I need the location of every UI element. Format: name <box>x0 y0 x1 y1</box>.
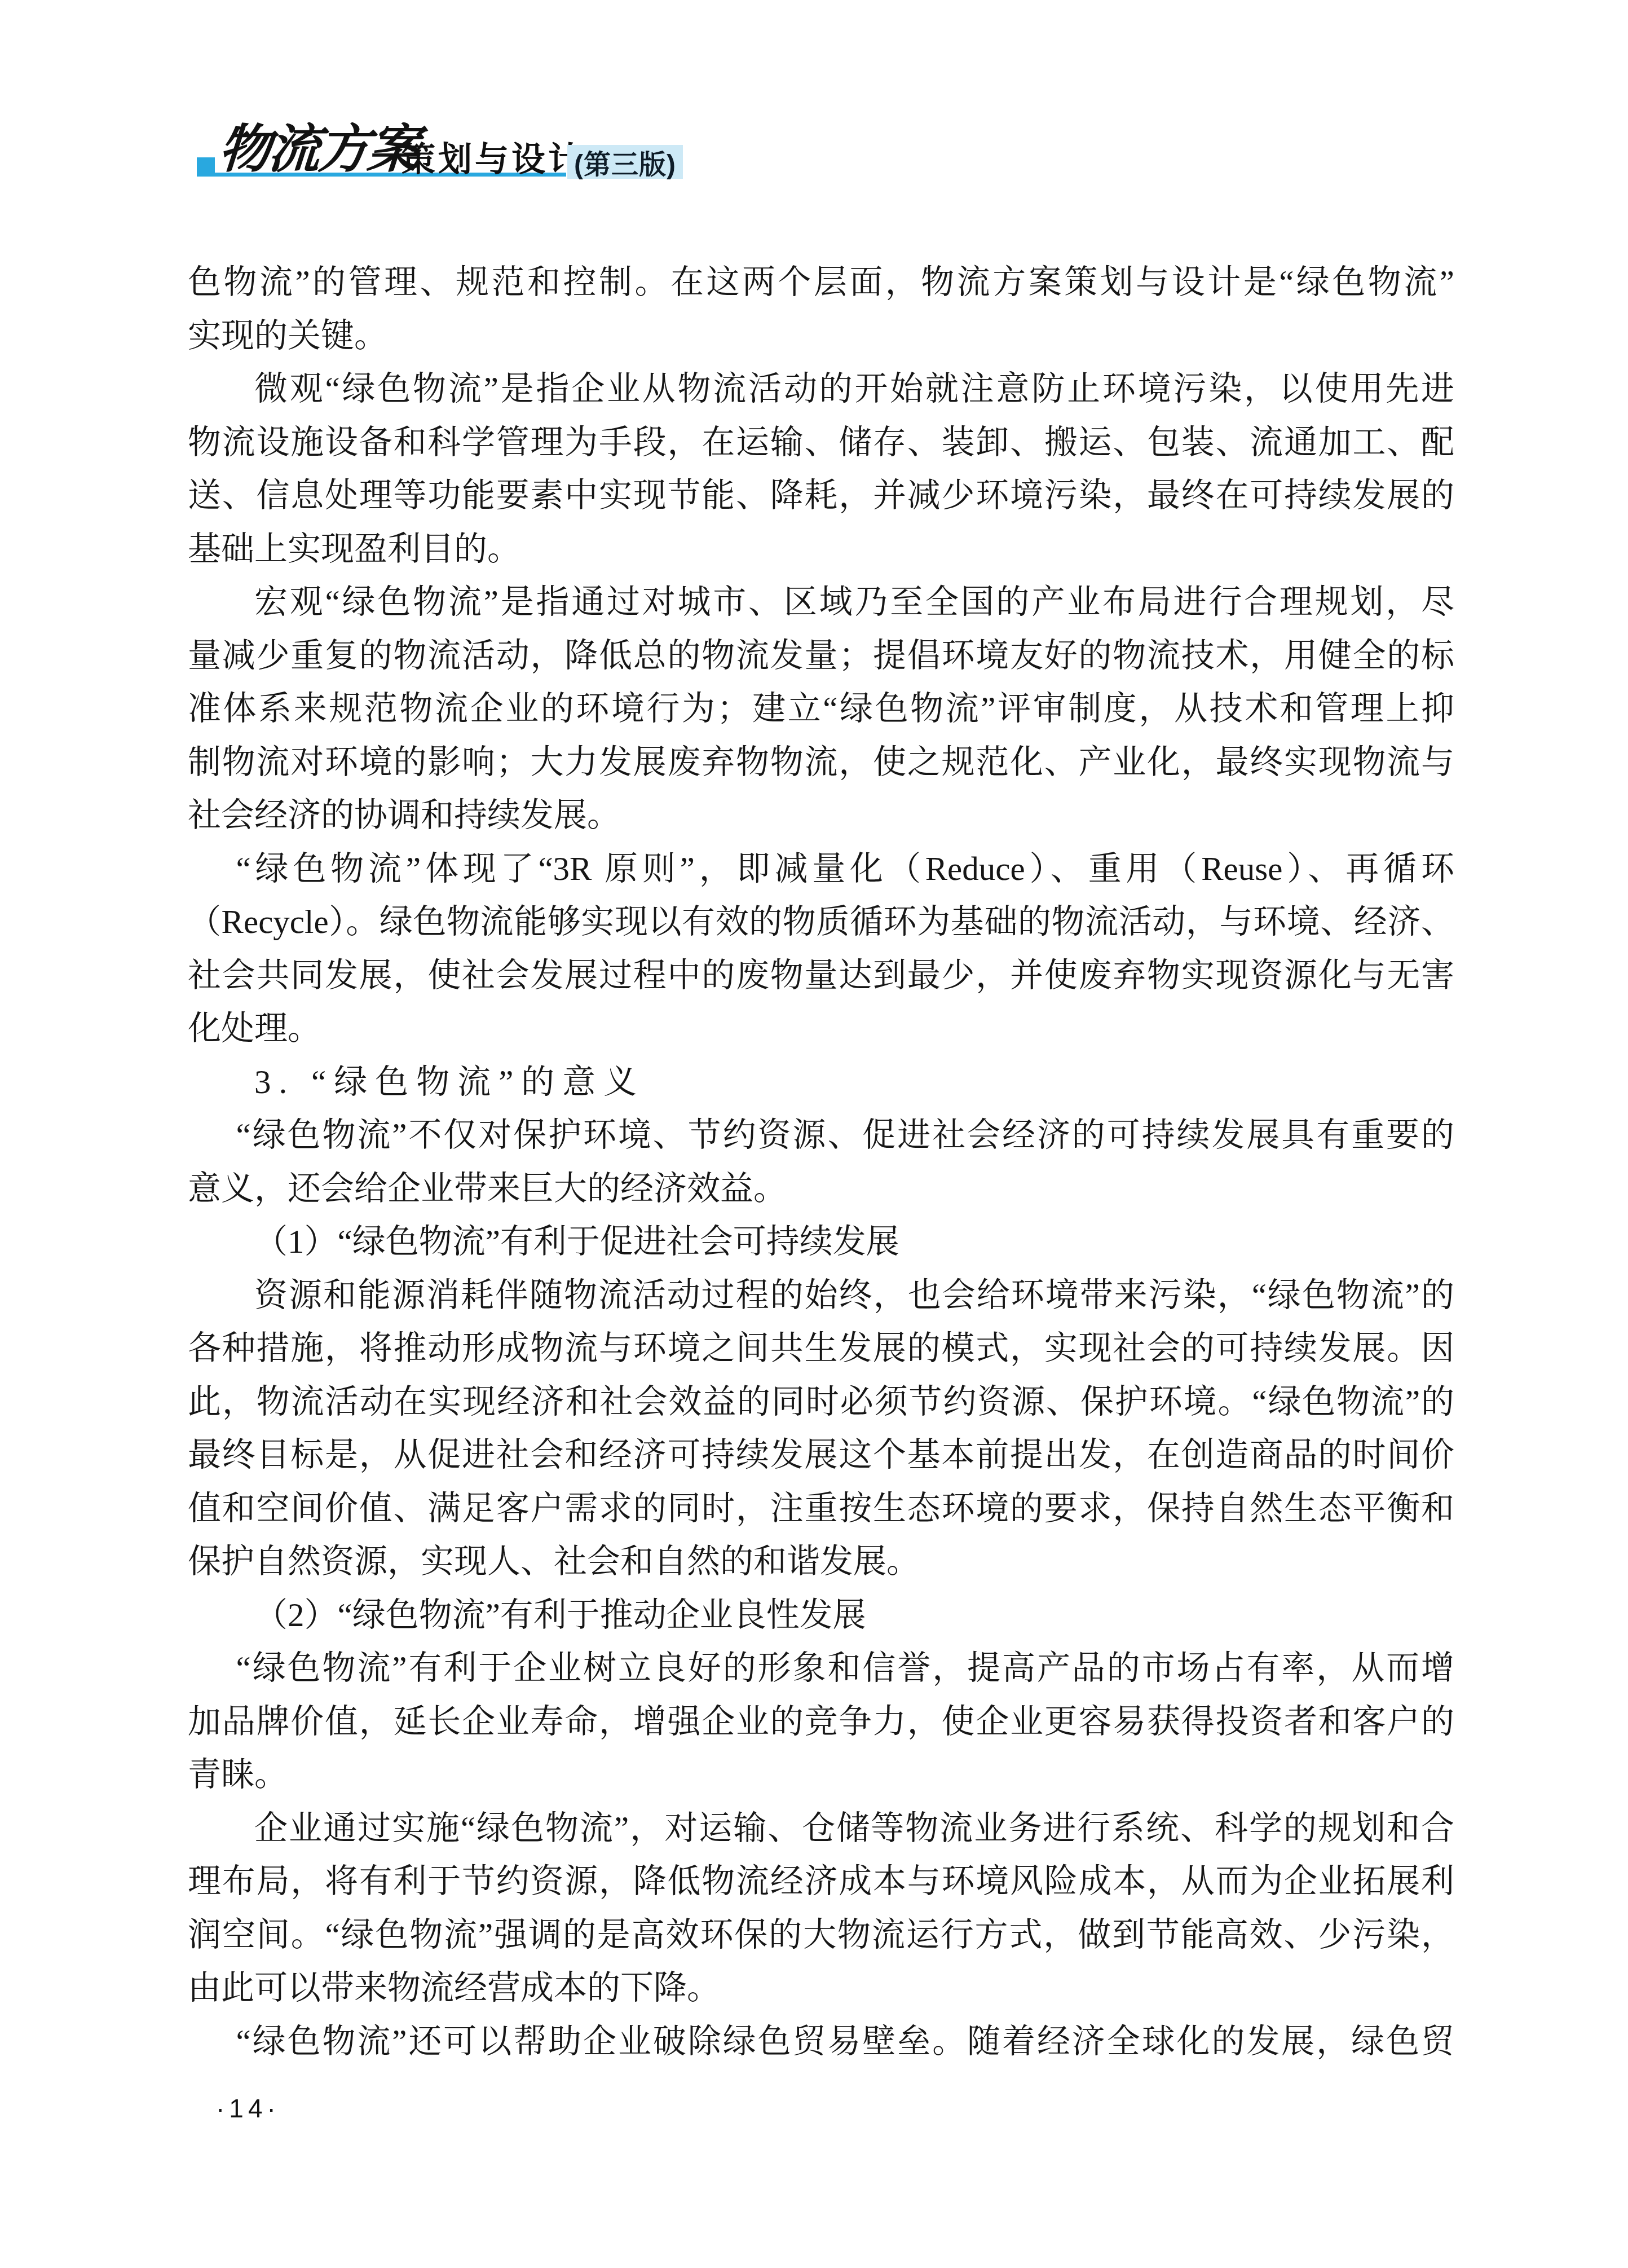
text-line: 送、信息处理等功能要素中实现节能、降耗，并减少环境污染，最终在可持续发展的 <box>188 469 1454 522</box>
text-line: 由此可以带来物流经营成本的下降。 <box>188 1961 1454 2015</box>
book-title-script: 物流方案 <box>217 123 419 175</box>
text-line: 社会共同发展，使社会发展过程中的废物量达到最少，并使废弃物实现资源化与无害 <box>188 949 1454 1002</box>
book-page: 物流方案 策划与设计 (第三版) 色物流”的管理、规范和控制。在这两个层面，物流… <box>0 0 1628 2268</box>
text-line: 准体系来规范物流企业的环境行为；建立“绿色物流”评审制度，从技术和管理上抑 <box>188 682 1454 736</box>
text-line: 此，物流活动在实现经济和社会效益的同时必须节约资源、保护环境。“绿色物流”的 <box>188 1375 1454 1429</box>
text-line: “绿色物流”有利于企业树立良好的形象和信誉，提高产品的市场占有率，从而增 <box>188 1641 1454 1695</box>
text-line: “绿色物流”不仅对保护环境、节约资源、促进社会经济的可持续发展具有重要的 <box>188 1108 1454 1162</box>
text-line: 制物流对环境的影响；大力发展废弃物物流，使之规范化、产业化，最终实现物流与 <box>188 736 1454 789</box>
text-line: 宏观“绿色物流”是指通过对城市、区域乃至全国的产业布局进行合理规划，尽 <box>188 575 1454 629</box>
sub-heading: （2）“绿色物流”有利于推动企业良性发展 <box>188 1588 1454 1642</box>
text-line: 物流设施设备和科学管理为手段，在运输、储存、装卸、搬运、包装、流通加工、配 <box>188 416 1454 469</box>
text-line: 保护自然资源，实现人、社会和自然的和谐发展。 <box>188 1535 1454 1588</box>
section-heading: 3. “绿色物流”的意义 <box>188 1055 1454 1109</box>
text-line: 意义，还会给企业带来巨大的经济效益。 <box>188 1162 1454 1216</box>
text-line: 理布局，将有利于节约资源，降低物流经济成本与环境风险成本，从而为企业拓展利 <box>188 1855 1454 1908</box>
text-line: “绿色物流”还可以帮助企业破除绿色贸易壁垒。随着经济全球化的发展，绿色贸 <box>188 2015 1454 2068</box>
text-line: （Recycle）。绿色物流能够实现以有效的物质循环为基础的物流活动，与环境、经… <box>188 895 1454 949</box>
text-line: 化处理。 <box>188 1002 1454 1055</box>
text-line: 值和空间价值、满足客户需求的同时，注重按生态环境的要求，保持自然生态平衡和 <box>188 1482 1454 1535</box>
text-line: 润空间。“绿色物流”强调的是高效环保的大物流运行方式，做到节能高效、少污染， <box>188 1908 1454 1962</box>
text-line: 微观“绿色物流”是指企业从物流活动的开始就注意防止环境污染，以使用先进 <box>188 362 1454 416</box>
text-line: 量减少重复的物流活动，降低总的物流发量；提倡环境友好的物流技术，用健全的标 <box>188 629 1454 682</box>
book-title-subtitle: 策划与设计 <box>402 142 585 178</box>
text-line: 基础上实现盈利目的。 <box>188 522 1454 576</box>
page-header: 物流方案 策划与设计 (第三版) <box>0 0 1628 192</box>
page-number: ·14· <box>216 2091 280 2125</box>
text-line: 各种措施，将推动形成物流与环境之间共生发展的模式，实现社会的可持续发展。因 <box>188 1322 1454 1375</box>
text-line: 企业通过实施“绿色物流”，对运输、仓储等物流业务进行系统、科学的规划和合 <box>188 1802 1454 1855</box>
text-line: 加品牌价值，延长企业寿命，增强企业的竞争力，使企业更容易获得投资者和客户的 <box>188 1695 1454 1749</box>
text-line: 青睐。 <box>188 1748 1454 1802</box>
sub-heading: （1）“绿色物流”有利于促进社会可持续发展 <box>188 1215 1454 1269</box>
text-line: 最终目标是，从促进社会和经济可持续发展这个基本前提出发，在创造商品的时间价 <box>188 1428 1454 1482</box>
text-line: 色物流”的管理、规范和控制。在这两个层面，物流方案策划与设计是“绿色物流” <box>188 256 1454 309</box>
text-line: 资源和能源消耗伴随物流活动过程的始终，也会给环境带来污染，“绿色物流”的 <box>188 1269 1454 1322</box>
text-line: 社会经济的协调和持续发展。 <box>188 789 1454 842</box>
body-text: 色物流”的管理、规范和控制。在这两个层面，物流方案策划与设计是“绿色物流” 实现… <box>188 256 1454 2068</box>
edition-badge: (第三版) <box>567 145 683 179</box>
text-line: “绿色物流”体现了“3R 原则”，即减量化（Reduce）、重用（Reuse）、… <box>188 842 1454 896</box>
text-line: 实现的关键。 <box>188 309 1454 363</box>
